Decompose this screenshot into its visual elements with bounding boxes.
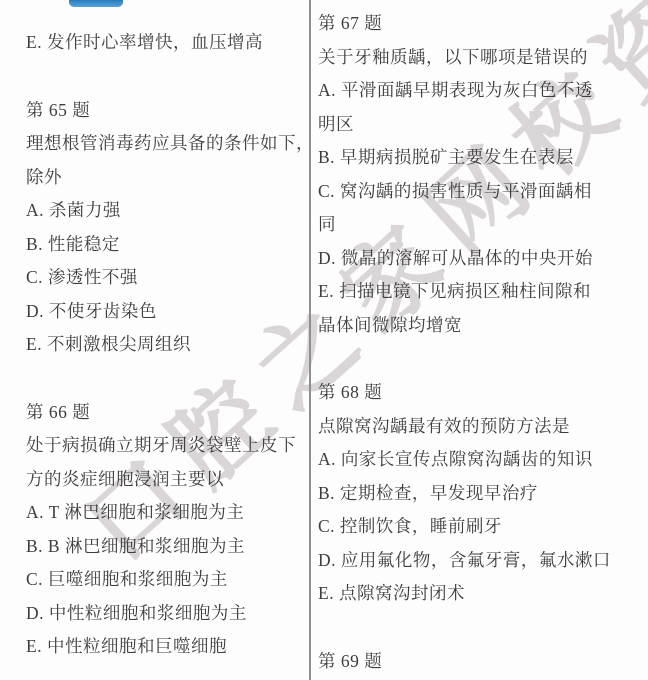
option-line: 同	[318, 208, 630, 242]
left-column: E. 发作时心率增快，血压增高 第 65 题理想根管消毒药应具备的条件如下，除外…	[26, 0, 304, 664]
option-line: E. 扫描电镜下见病损区釉柱间隙和	[318, 275, 630, 309]
question-stem-line: 方的炎症细胞浸润主要以	[26, 463, 304, 497]
option-line: E. 不刺激根尖周组织	[26, 328, 304, 362]
question-number: 第 68 题	[318, 376, 630, 410]
question-number: 第 66 题	[26, 396, 304, 430]
top-button-fragment[interactable]	[69, 0, 123, 7]
question-number: 第 69 题	[318, 645, 630, 679]
option-line: D. 微晶的溶解可从晶体的中央开始	[318, 242, 630, 276]
option-line: B. 性能稳定	[26, 228, 304, 262]
carryover-option-line: E. 发作时心率增快，血压增高	[26, 26, 304, 60]
option-line: C. 渗透性不强	[26, 261, 304, 295]
option-line: D. 应用氟化物，含氟牙膏，氟水漱口	[318, 544, 630, 578]
option-line: B. 早期病损脱矿主要发生在表层	[318, 141, 630, 175]
option-line: A. 向家长宣传点隙窝沟龋齿的知识	[318, 443, 630, 477]
option-line: E. 中性粒细胞和巨噬细胞	[26, 630, 304, 664]
left-question-list: 第 65 题理想根管消毒药应具备的条件如下，除外A. 杀菌力强B. 性能稳定C.…	[26, 94, 304, 664]
option-line: B. 定期检查，早发现早治疗	[318, 477, 630, 511]
question-stem-line: 处于病损确立期牙周炎袋壁上皮下	[26, 429, 304, 463]
question-block: 第 67 题关于牙釉质龋，以下哪项是错误的A. 平滑面龋早期表现为灰白色不透明区…	[318, 7, 630, 342]
option-line: C. 控制饮食，睡前刷牙	[318, 510, 630, 544]
option-line: A. T 淋巴细胞和浆细胞为主	[26, 496, 304, 530]
option-line: B. B 淋巴细胞和浆细胞为主	[26, 530, 304, 564]
question-block: 第 68 题点隙窝沟龋最有效的预防方法是A. 向家长宣传点隙窝沟龋齿的知识B. …	[318, 376, 630, 611]
question-block: 第 69 题	[318, 645, 630, 679]
column-divider	[309, 0, 311, 680]
question-block: 第 65 题理想根管消毒药应具备的条件如下，除外A. 杀菌力强B. 性能稳定C.…	[26, 94, 304, 362]
question-stem-line: 理想根管消毒药应具备的条件如下，	[26, 127, 304, 161]
option-line: A. 杀菌力强	[26, 194, 304, 228]
option-line: E. 点隙窝沟封闭术	[318, 577, 630, 611]
right-question-list: 第 67 题关于牙釉质龋，以下哪项是错误的A. 平滑面龋早期表现为灰白色不透明区…	[318, 7, 630, 678]
question-stem-line: 点隙窝沟龋最有效的预防方法是	[318, 410, 630, 444]
option-line: D. 不使牙齿染色	[26, 295, 304, 329]
option-line: D. 中性粒细胞和浆细胞为主	[26, 597, 304, 631]
question-stem-line: 除外	[26, 161, 304, 195]
question-stem-line: 关于牙釉质龋，以下哪项是错误的	[318, 41, 630, 75]
option-line: C. 巨噬细胞和浆细胞为主	[26, 563, 304, 597]
question-block: 第 66 题处于病损确立期牙周炎袋壁上皮下方的炎症细胞浸润主要以A. T 淋巴细…	[26, 396, 304, 664]
right-column: 第 67 题关于牙釉质龋，以下哪项是错误的A. 平滑面龋早期表现为灰白色不透明区…	[318, 0, 630, 678]
question-number: 第 65 题	[26, 94, 304, 128]
option-line: C. 窝沟龋的损害性质与平滑面龋相	[318, 175, 630, 209]
option-line: 明区	[318, 108, 630, 142]
question-number: 第 67 题	[318, 7, 630, 41]
option-line: A. 平滑面龋早期表现为灰白色不透	[318, 74, 630, 108]
option-line: 晶体间微隙均增宽	[318, 309, 630, 343]
